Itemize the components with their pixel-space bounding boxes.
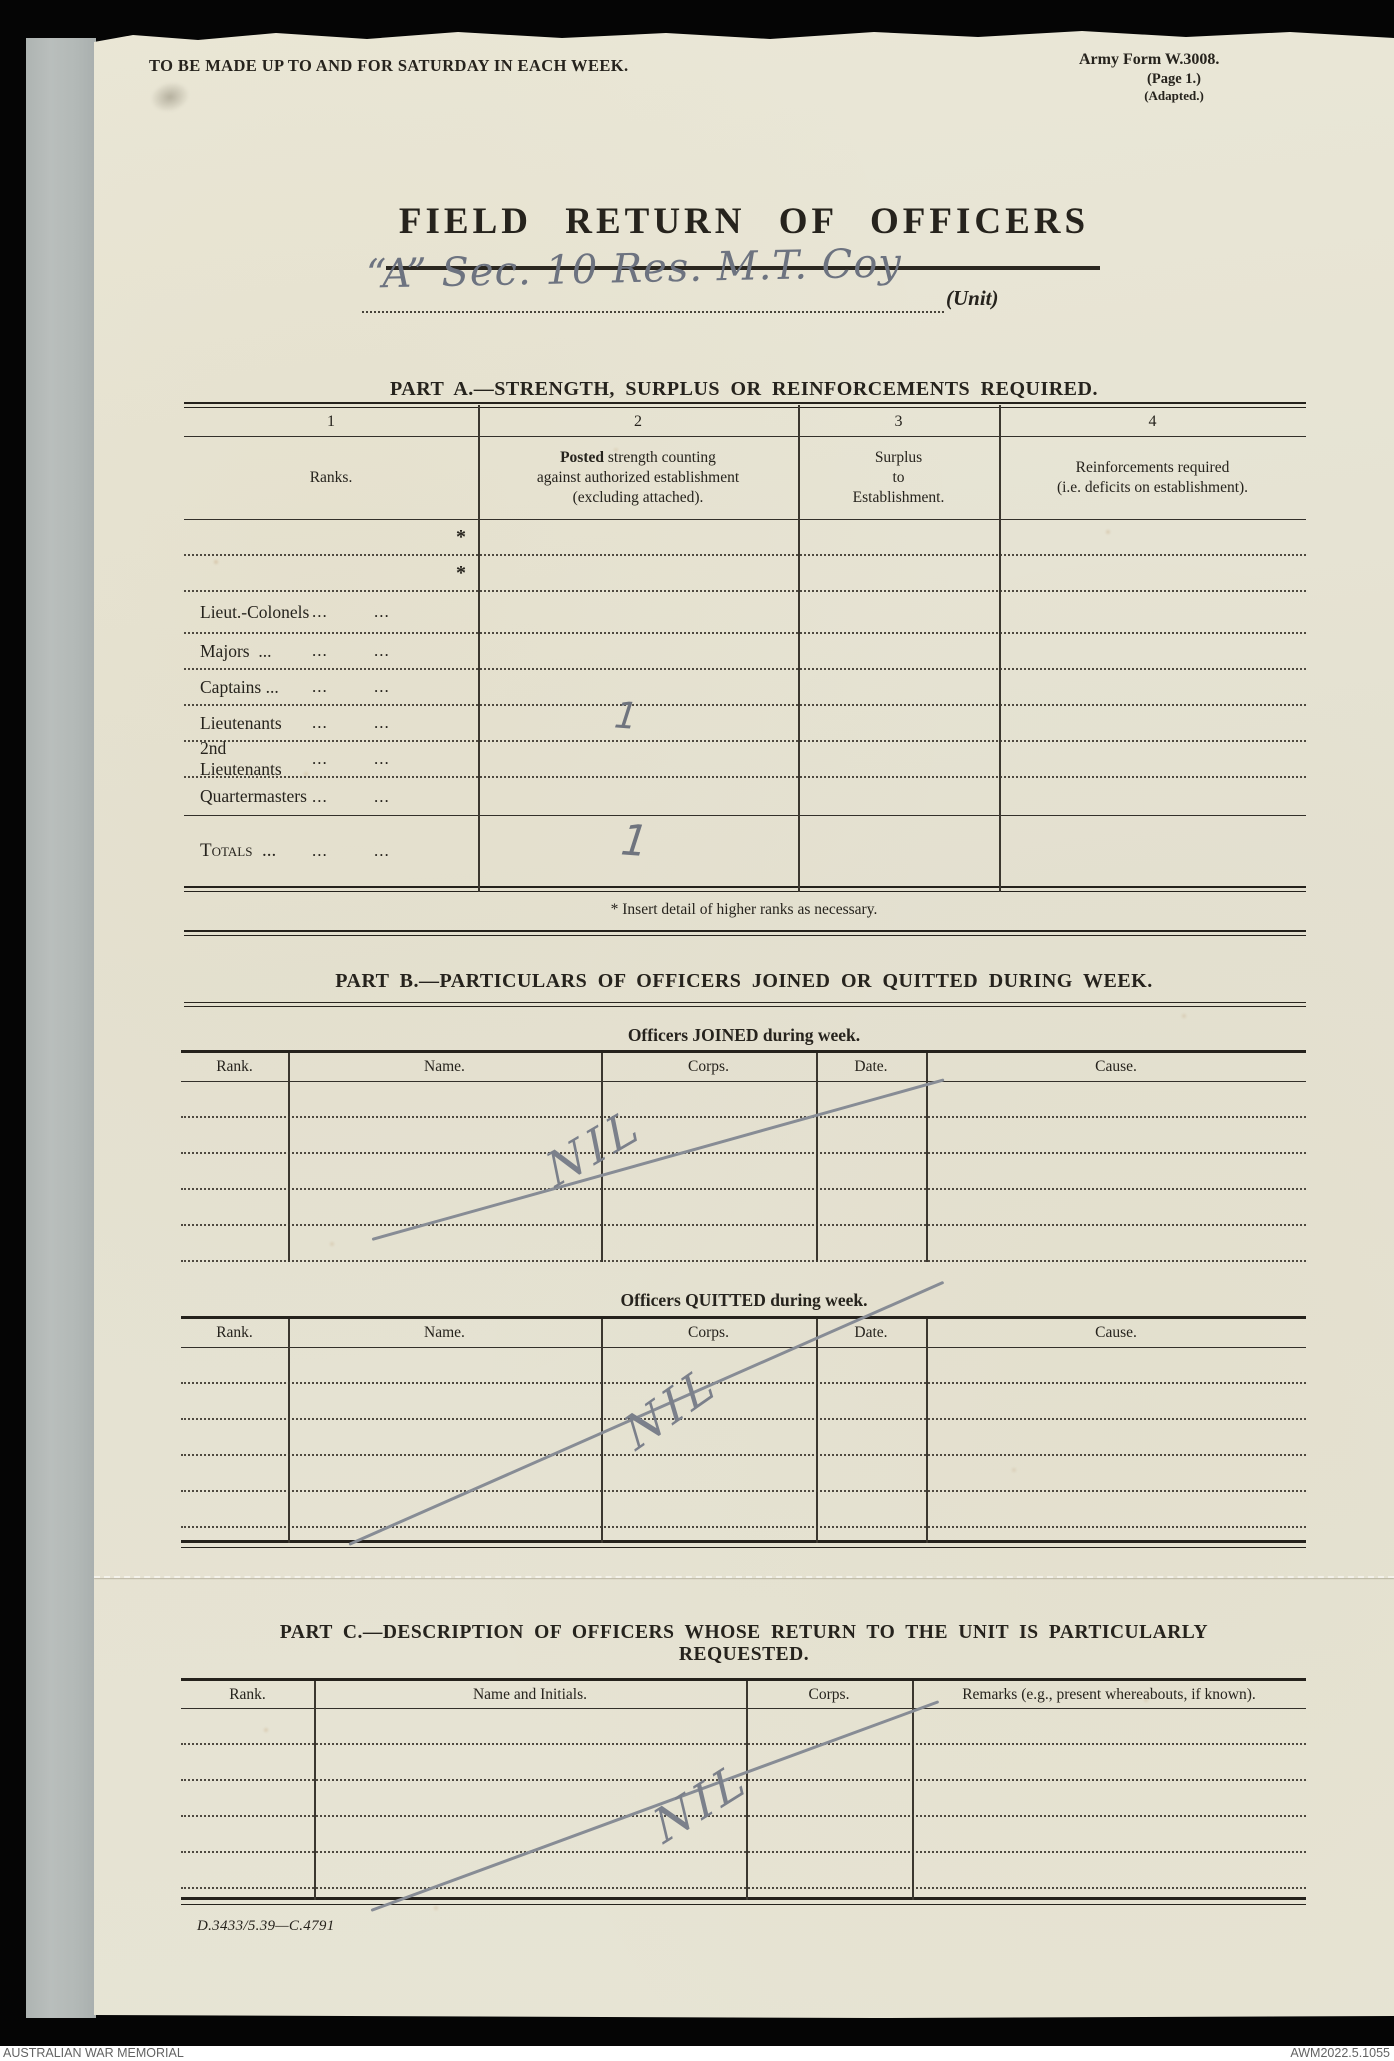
table-header-cell: Cause.	[926, 1322, 1306, 1344]
part-a-table: 1 2 3 4 Ranks. Posted strength counting …	[184, 402, 1306, 892]
table-header-cell: Name.	[288, 1056, 601, 1078]
leader-dots: ...	[374, 749, 436, 769]
posted-bold-word: Posted	[560, 449, 604, 466]
table-row	[181, 1082, 1306, 1118]
column-number: 3	[798, 413, 999, 431]
column-divider	[816, 1319, 818, 1543]
leader-dots: ...	[374, 713, 436, 733]
leader-dots: ...	[312, 677, 374, 697]
leader-dots: ...	[312, 602, 374, 622]
column-divider	[816, 1053, 818, 1262]
leader-dots: ...	[312, 641, 374, 661]
column-divider	[912, 1681, 914, 1900]
leader-dots: ...	[312, 713, 374, 733]
part-c-bottom-rule	[181, 1897, 1306, 1905]
table-row	[181, 1889, 1306, 1897]
column-number: 2	[478, 413, 798, 431]
column-number: 4	[999, 413, 1306, 431]
part-a-heading: PART A.—STRENGTH, SURPLUS OR REINFORCEME…	[94, 378, 1394, 401]
rank-row: Lieut.-Colonels......	[184, 592, 1306, 634]
form-number-block: Army Form W.3008. (Page 1.) (Adapted.)	[1079, 50, 1269, 104]
table-row	[181, 1226, 1306, 1262]
table-header-cell: Corps.	[746, 1684, 912, 1706]
table-row	[181, 1853, 1306, 1889]
scanned-document-viewport: TO BE MADE UP TO AND FOR SATURDAY IN EAC…	[0, 0, 1394, 2061]
table-header-cell: Corps.	[601, 1056, 816, 1078]
quitted-header-row: Rank. Name. Corps. Date. Cause.	[181, 1319, 1306, 1348]
joined-table-title: Officers JOINED during week.	[94, 1025, 1394, 1046]
joined-header-row: Rank. Name. Corps. Date. Cause.	[181, 1053, 1306, 1082]
column-divider	[999, 405, 1001, 892]
column-divider	[926, 1319, 928, 1543]
asterisk-marker: *	[436, 526, 478, 549]
rank-row: *	[184, 556, 1306, 592]
rank-row: Lieutenants......	[184, 706, 1306, 742]
unit-label: (Unit)	[946, 286, 999, 311]
part-a-footnote: * Insert detail of higher ranks as neces…	[94, 901, 1394, 919]
part-c-heading: PART C.—DESCRIPTION OF OFFICERS WHOSE RE…	[94, 1622, 1394, 1666]
totals-label: Totals ...	[200, 840, 312, 862]
table-row	[181, 1456, 1306, 1492]
table-row	[181, 1154, 1306, 1190]
part-a-column-headers: Ranks. Posted strength counting against …	[184, 437, 1306, 520]
table-header-cell: Date.	[816, 1056, 926, 1078]
unit-fill-line	[362, 311, 944, 313]
leader-dots: ...	[374, 787, 436, 807]
column-header-posted: Posted strength counting against authori…	[478, 448, 798, 507]
table-header-cell: Rank.	[181, 1322, 288, 1344]
leader-dots: ...	[374, 677, 436, 697]
column-number: 1	[184, 413, 478, 431]
part-c-header-row: Rank. Name and Initials. Corps. Remarks …	[181, 1681, 1306, 1709]
print-code: D.3433/5.39—C.4791	[197, 1918, 335, 1935]
table-row	[181, 1384, 1306, 1420]
table-row	[181, 1190, 1306, 1226]
form-number: Army Form W.3008.	[1079, 50, 1269, 70]
table-row	[181, 1528, 1306, 1540]
rank-label: Lieutenants	[200, 713, 312, 734]
section-divider-rule	[184, 930, 1306, 936]
rank-label: Quartermasters	[200, 786, 312, 807]
table-row	[181, 1420, 1306, 1456]
table-row	[181, 1348, 1306, 1384]
rank-label: Captains ...	[200, 677, 312, 698]
table-header-cell: Date.	[816, 1322, 926, 1344]
rank-row: 2nd Lieutenants......	[184, 742, 1306, 778]
archive-caption-bar: AUSTRALIAN WAR MEMORIAL AWM2022.5.1055	[0, 2046, 1394, 2061]
paper-fold-crease	[94, 1576, 1394, 1578]
form-title: FIELD RETURN OF OFFICERS	[94, 200, 1394, 243]
column-divider	[288, 1319, 290, 1543]
leader-dots: ...	[374, 841, 436, 861]
underlying-page-edge	[26, 38, 96, 2018]
archive-accession-number: AWM2022.5.1055	[1290, 2046, 1390, 2060]
rank-label: Majors ...	[200, 641, 312, 662]
leader-dots: ...	[312, 749, 374, 769]
column-divider	[288, 1053, 290, 1262]
paper-foxing-spots	[94, 30, 98, 34]
leader-dots: ...	[312, 841, 374, 861]
leader-dots: ...	[374, 602, 436, 622]
part-b-heading: PART B.—PARTICULARS OF OFFICERS JOINED O…	[94, 970, 1394, 993]
table-header-cell: Name.	[288, 1322, 601, 1344]
asterisk-marker: *	[436, 562, 478, 585]
archive-institution-label: AUSTRALIAN WAR MEMORIAL	[3, 2046, 184, 2060]
column-divider	[798, 405, 800, 892]
part-a-top-rule	[184, 402, 1306, 408]
table-header-cell: Rank.	[181, 1056, 288, 1078]
column-divider	[314, 1681, 316, 1900]
column-header-reinforcements: Reinforcements required (i.e. deficits o…	[999, 458, 1306, 498]
weekly-instruction-text: TO BE MADE UP TO AND FOR SATURDAY IN EAC…	[149, 56, 629, 76]
rank-label: 2nd Lieutenants	[200, 738, 312, 780]
column-divider	[478, 405, 480, 892]
rank-row: *	[184, 520, 1306, 556]
rank-row: Captains .........	[184, 670, 1306, 706]
form-page-note: (Page 1.)	[1079, 70, 1269, 88]
table-header-cell: Name and Initials.	[314, 1684, 746, 1706]
table-row	[181, 1492, 1306, 1528]
totals-row: Totals .........	[184, 816, 1306, 886]
rank-label: Lieut.-Colonels	[200, 602, 312, 623]
officers-quitted-table: Rank. Name. Corps. Date. Cause.	[181, 1316, 1306, 1548]
form-page: TO BE MADE UP TO AND FOR SATURDAY IN EAC…	[94, 30, 1394, 2018]
table-header-cell: Cause.	[926, 1056, 1306, 1078]
table-header-cell: Remarks (e.g., present whereabouts, if k…	[912, 1684, 1306, 1706]
part-b-rule	[184, 1002, 1306, 1007]
rank-row: Quartermasters......	[184, 778, 1306, 816]
quitted-table-title: Officers QUITTED during week.	[94, 1290, 1394, 1311]
unit-handwritten-value: “A” Sec. 10 Res. M.T. Coy	[366, 240, 903, 297]
rank-row: Majors .........	[184, 634, 1306, 670]
table-row	[181, 1709, 1306, 1745]
column-header-ranks: Ranks.	[184, 468, 478, 488]
form-adapted-note: (Adapted.)	[1079, 88, 1269, 104]
table-header-cell: Rank.	[181, 1684, 314, 1706]
column-header-surplus: Surplus to Establishment.	[798, 448, 999, 507]
part-a-column-numbers: 1 2 3 4	[184, 408, 1306, 437]
table-row	[181, 1817, 1306, 1853]
part-a-bottom-rule	[184, 886, 1306, 892]
leader-dots: ...	[374, 641, 436, 661]
leader-dots: ...	[312, 787, 374, 807]
officers-joined-table: Rank. Name. Corps. Date. Cause.	[181, 1050, 1306, 1262]
paper-smudge	[147, 77, 193, 116]
table-header-cell: Corps.	[601, 1322, 816, 1344]
